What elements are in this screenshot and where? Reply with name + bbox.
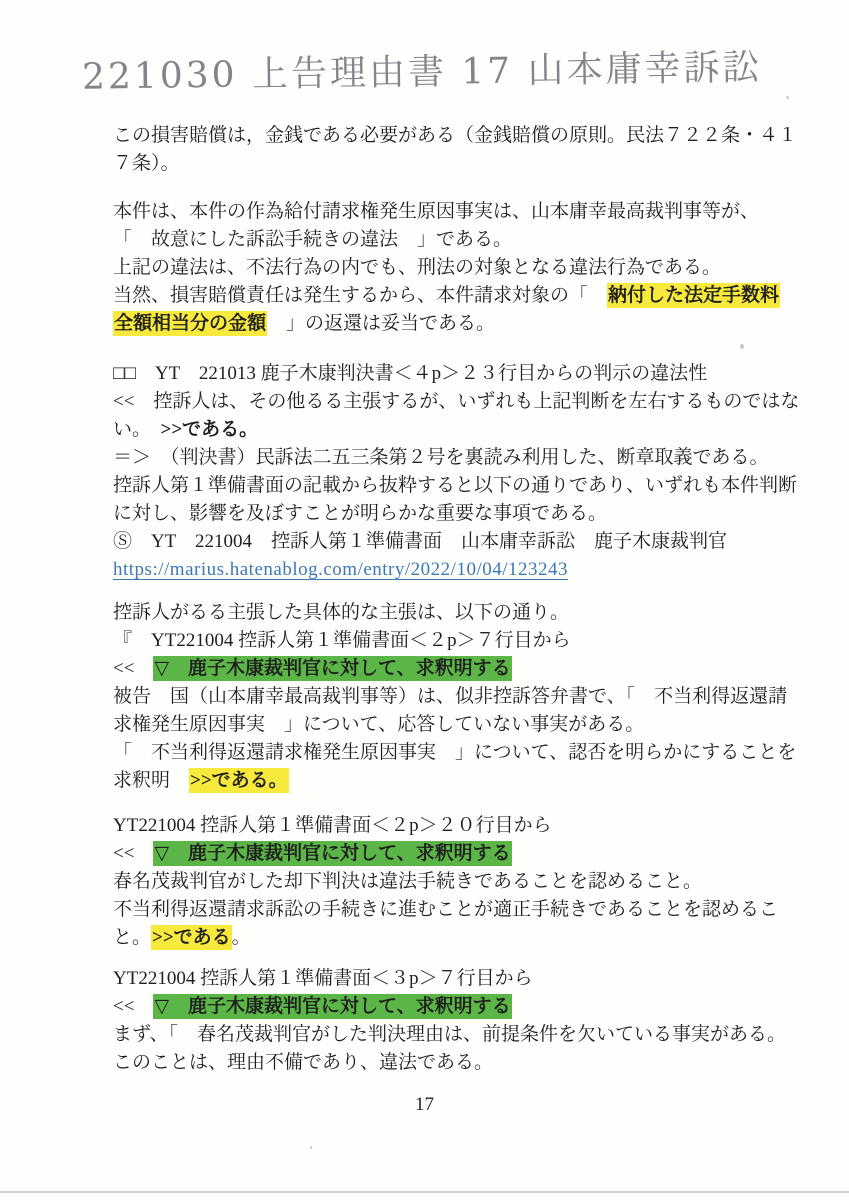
paragraph-block: YT221004 控訴人第１準備書面＜２p＞２０行目から<< ▽ 鹿子木康裁判官… bbox=[113, 812, 803, 952]
highlight-yellow-segment: >>である。 bbox=[189, 768, 289, 793]
text-segment: YT221004 控訴人第１準備書面＜２p＞２０行目から bbox=[113, 815, 552, 836]
text-segment: 上記の違法は、不法行為の内でも、刑法の対象となる違法行為である。 bbox=[113, 257, 721, 278]
paragraph-block: この損害賠償は，金銭である必要がある（金銭賠償の原則。民法７２２条・４１７条）。 bbox=[113, 122, 803, 178]
text-segment: 控訴人第１準備書面の記載から抜粋すると以下の通りであり、いずれも本件判断 bbox=[113, 475, 797, 496]
text-segment: 求権発生原因事実 」について、応答していない事実がある。 bbox=[113, 714, 644, 735]
highlight-yellow-segment: >>である bbox=[151, 925, 232, 950]
document-line: 求権発生原因事実 」について、応答していない事実がある。 bbox=[113, 711, 803, 739]
document-line: ７条）。 bbox=[113, 150, 803, 178]
document-line: 当然、損害賠償責任は発生するから、本件請求対象の「 納付した法定手数料 bbox=[113, 282, 803, 310]
document-line: << ▽ 鹿子木康裁判官に対して、求釈明する bbox=[113, 840, 803, 868]
text-segment: 。 bbox=[232, 927, 251, 948]
text-segment: << bbox=[113, 658, 153, 679]
document-line: 上記の違法は、不法行為の内でも、刑法の対象となる違法行為である。 bbox=[113, 254, 803, 282]
document-line: 本件は、本件の作為給付請求権発生原因事実は、山本庸幸最高裁判事等が、 bbox=[113, 198, 803, 226]
text-segment: 」の返還は妥当である。 bbox=[267, 313, 495, 334]
document-line: << 控訴人は、その他るる主張するが、いずれも上記判断を左右するものではな bbox=[113, 388, 803, 416]
highlight-yellow-segment: 全額相当分の金額 bbox=[113, 311, 267, 336]
text-segment: 「 不当利得返還請求権発生原因事実 」について、認否を明らかにすることを bbox=[113, 742, 796, 763]
document-line: 控訴人がるる主張した具体的な主張は、以下の通り。 bbox=[113, 599, 803, 627]
text-segment: << bbox=[113, 843, 153, 864]
document-line: << ▽ 鹿子木康裁判官に対して、求釈明する bbox=[113, 993, 803, 1021]
paragraph-block: 本件は、本件の作為給付請求権発生原因事実は、山本庸幸最高裁判事等が、「 故意にし… bbox=[113, 198, 803, 338]
text-segment: このことは、理由不備であり、違法である。 bbox=[113, 1052, 493, 1073]
document-line: このことは、理由不備であり、違法である。 bbox=[113, 1049, 803, 1077]
text-segment: 春名茂裁判官がした却下判決は違法手続きであることを認めること。 bbox=[113, 871, 702, 892]
document-line: まず、「 春名茂裁判官がした判決理由は、前提条件を欠いている事実がある。 bbox=[113, 1021, 803, 1049]
highlight-green-segment: ▽ 鹿子木康裁判官に対して、求釈明する bbox=[153, 841, 511, 866]
highlight-yellow-segment: 納付した法定手数料 bbox=[607, 283, 780, 308]
scan-edge-line bbox=[0, 1191, 849, 1193]
text-segment: に対し、影響を及ぼすことが明らかな重要な事項である。 bbox=[113, 503, 607, 524]
document-line: 「 不当利得返還請求権発生原因事実 」について、認否を明らかにすることを bbox=[113, 739, 803, 767]
document-line: YT221004 控訴人第１準備書面＜２p＞２０行目から bbox=[113, 812, 803, 840]
text-segment: 求釈明 bbox=[113, 770, 189, 791]
document-line: 春名茂裁判官がした却下判決は違法手続きであることを認めること。 bbox=[113, 868, 803, 896]
page-number: 17 bbox=[0, 1094, 849, 1116]
document-body: この損害賠償は，金銭である必要がある（金銭賠償の原則。民法７２２条・４１７条）。… bbox=[113, 122, 803, 1077]
paragraph-block: YT221004 控訴人第１準備書面＜３p＞７行目から<< ▽ 鹿子木康裁判官に… bbox=[113, 965, 803, 1077]
text-segment: い。 bbox=[113, 419, 161, 440]
text-segment: ＝＞ （判決書）民訴法二五三条第２号を裏読み利用した、断章取義である。 bbox=[113, 447, 769, 468]
handwritten-title: 221030 上告理由書 17 山本庸幸訴訟 bbox=[82, 39, 762, 99]
bold-text-segment: >>である。 bbox=[161, 419, 259, 440]
document-line: □□ YT 221013 鹿子木康判決書＜４p＞２３行目からの判示の違法性 bbox=[113, 360, 803, 388]
text-segment: と。 bbox=[113, 927, 151, 948]
scan-speck bbox=[786, 96, 789, 99]
document-line: 不当利得返還請求訴訟の手続きに進むことが適正手続きであることを認めるこ bbox=[113, 896, 803, 924]
document-line: 「 故意にした訴訟手続きの違法 」である。 bbox=[113, 226, 803, 254]
document-line: YT221004 控訴人第１準備書面＜３p＞７行目から bbox=[113, 965, 803, 993]
text-segment: 「 故意にした訴訟手続きの違法 」である。 bbox=[113, 229, 512, 250]
text-segment: 『 YT221004 控訴人第１準備書面＜２p＞７行目から bbox=[113, 630, 571, 651]
text-segment: ７条）。 bbox=[113, 153, 180, 174]
scanned-page: 221030 上告理由書 17 山本庸幸訴訟 この損害賠償は，金銭である必要があ… bbox=[0, 0, 849, 1200]
document-line: 『 YT221004 控訴人第１準備書面＜２p＞７行目から bbox=[113, 627, 803, 655]
document-line: に対し、影響を及ぼすことが明らかな重要な事項である。 bbox=[113, 500, 803, 528]
text-segment: まず、「 春名茂裁判官がした判決理由は、前提条件を欠いている事実がある。 bbox=[113, 1024, 786, 1045]
document-line: 被告 国（山本庸幸最高裁判事等）は、似非控訴答弁書で、「 不当利得返還請 bbox=[113, 683, 803, 711]
text-segment: 本件は、本件の作為給付請求権発生原因事実は、山本庸幸最高裁判事等が、 bbox=[113, 201, 759, 222]
scan-speck bbox=[310, 1146, 312, 1149]
document-line: https://marius.hatenablog.com/entry/2022… bbox=[113, 556, 803, 584]
url-link[interactable]: https://marius.hatenablog.com/entry/2022… bbox=[113, 559, 568, 580]
highlight-green-segment: ▽ 鹿子木康裁判官に対して、求釈明する bbox=[153, 994, 511, 1019]
paragraph-block: □□ YT 221013 鹿子木康判決書＜４p＞２３行目からの判示の違法性<< … bbox=[113, 360, 803, 584]
text-segment: << 控訴人は、その他るる主張するが、いずれも上記判断を左右するものではな bbox=[113, 391, 799, 412]
scan-speck bbox=[740, 344, 744, 349]
text-segment: 控訴人がるる主張した具体的な主張は、以下の通り。 bbox=[113, 602, 569, 623]
paragraph-block: 控訴人がるる主張した具体的な主張は、以下の通り。『 YT221004 控訴人第１… bbox=[113, 599, 803, 795]
document-line: 全額相当分の金額 」の返還は妥当である。 bbox=[113, 310, 803, 338]
document-line: ＝＞ （判決書）民訴法二五三条第２号を裏読み利用した、断章取義である。 bbox=[113, 444, 803, 472]
document-line: 控訴人第１準備書面の記載から抜粋すると以下の通りであり、いずれも本件判断 bbox=[113, 472, 803, 500]
document-line: い。 >>である。 bbox=[113, 416, 803, 444]
document-line: Ⓢ YT 221004 控訴人第１準備書面 山本庸幸訴訟 鹿子木康裁判官 bbox=[113, 528, 803, 556]
text-segment: この損害賠償は，金銭である必要がある（金銭賠償の原則。民法７２２条・４１ bbox=[113, 125, 797, 146]
document-line: << ▽ 鹿子木康裁判官に対して、求釈明する bbox=[113, 655, 803, 683]
text-segment: 当然、損害賠償責任は発生するから、本件請求対象の「 bbox=[113, 285, 607, 306]
text-segment: YT221004 控訴人第１準備書面＜３p＞７行目から bbox=[113, 968, 533, 989]
text-segment: 不当利得返還請求訴訟の手続きに進むことが適正手続きであることを認めるこ bbox=[113, 899, 778, 920]
document-line: この損害賠償は，金銭である必要がある（金銭賠償の原則。民法７２２条・４１ bbox=[113, 122, 803, 150]
text-segment: □□ YT 221013 鹿子木康判決書＜４p＞２３行目からの判示の違法性 bbox=[113, 363, 707, 384]
text-segment: << bbox=[113, 996, 153, 1017]
document-line: と。>>である。 bbox=[113, 924, 803, 952]
text-segment: 被告 国（山本庸幸最高裁判事等）は、似非控訴答弁書で、「 不当利得返還請 bbox=[113, 686, 787, 707]
document-line: 求釈明 >>である。 bbox=[113, 767, 803, 795]
text-segment: Ⓢ YT 221004 控訴人第１準備書面 山本庸幸訴訟 鹿子木康裁判官 bbox=[113, 531, 727, 552]
highlight-green-segment: ▽ 鹿子木康裁判官に対して、求釈明する bbox=[153, 656, 511, 681]
